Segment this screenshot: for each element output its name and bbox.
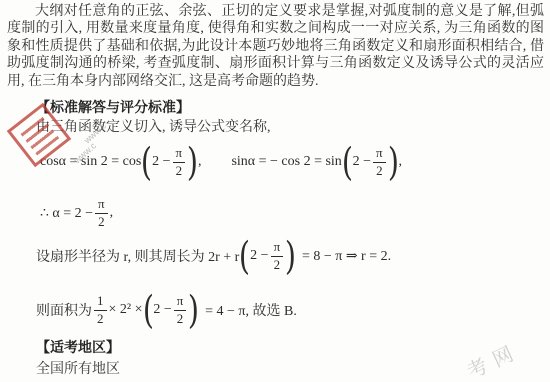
equation-alpha: ∴ α = 2 − π 2 , [40, 193, 113, 233]
open-paren: ( [239, 239, 250, 273]
close-paren: ) [387, 145, 398, 179]
eq5-inner: 2 − [153, 302, 171, 318]
fraction-denominator: 2 [97, 311, 104, 327]
eq3-lhs: ∴ α = 2 − [40, 205, 93, 222]
region-text: 全国所有地区 [36, 358, 120, 378]
eq2-fraction: π 2 [373, 146, 386, 179]
fraction-denominator: 2 [176, 163, 183, 179]
eq1-tail: , [198, 154, 202, 170]
eq1-lhs: cosα = sin 2 = cos [40, 154, 141, 170]
close-paren: ) [188, 293, 199, 327]
open-paren: ( [142, 293, 153, 327]
section-header-solution: 【标准解答与评分标准】 [36, 97, 190, 117]
section-header-region: 【适考地区】 [36, 337, 120, 357]
eq5-fraction: π 2 [174, 294, 187, 327]
eq1-fraction: π 2 [173, 146, 186, 179]
fraction-numerator: π [95, 197, 108, 214]
solution-intro-line: 由三角函数定义切入, 诱导公式变名称, [36, 116, 271, 136]
close-paren: ) [187, 145, 198, 179]
eq4-fraction: π 2 [271, 240, 284, 273]
equation-perimeter: 设扇形半径为 r, 则其周长为 2r + r ( 2 − π 2 ) = 8 −… [36, 232, 391, 280]
eq4-inner: 2 − [250, 248, 268, 264]
fraction-numerator: π [174, 294, 187, 311]
close-paren: ) [285, 239, 296, 273]
corner-watermark: 考网 [461, 335, 524, 382]
eq5-half-fraction: 1 2 [94, 294, 107, 327]
fraction-denominator: 2 [274, 257, 281, 273]
eq5-mid: × 2² × [109, 302, 143, 318]
fraction-numerator: π [173, 146, 186, 163]
fraction-numerator: π [373, 146, 386, 163]
eq2-lhs: sinα = − cos 2 = sin [231, 154, 341, 170]
open-paren: ( [342, 145, 353, 179]
eq3-tail: , [110, 205, 114, 221]
seal-strokes [19, 115, 60, 156]
open-paren: ( [141, 145, 152, 179]
intro-paragraph: 大纲对任意角的正弦、余弦、正切的定义要求是掌握,对弧度制的意义是了解,但弧度制的… [7, 3, 544, 90]
equation-area: 则面积为 1 2 × 2² × ( 2 − π 2 ) = 4 − π, 故选 … [36, 284, 297, 336]
eq3-fraction: π 2 [95, 197, 108, 230]
fraction-denominator: 2 [376, 163, 383, 179]
fraction-denominator: 2 [98, 214, 105, 230]
fraction-numerator: 1 [94, 294, 107, 311]
eq5-pre: 则面积为 [36, 300, 92, 320]
fraction-numerator: π [271, 240, 284, 257]
eq4-post: = 8 − π ⇒ r = 2. [302, 248, 391, 265]
eq2-inner: 2 − [353, 154, 371, 170]
eq4-pre: 设扇形半径为 r, 则其周长为 2r + r [36, 246, 239, 266]
fraction-denominator: 2 [177, 311, 184, 327]
eq5-post: = 4 − π, 故选 B. [205, 300, 297, 320]
eq1-inner: 2 − [152, 154, 170, 170]
